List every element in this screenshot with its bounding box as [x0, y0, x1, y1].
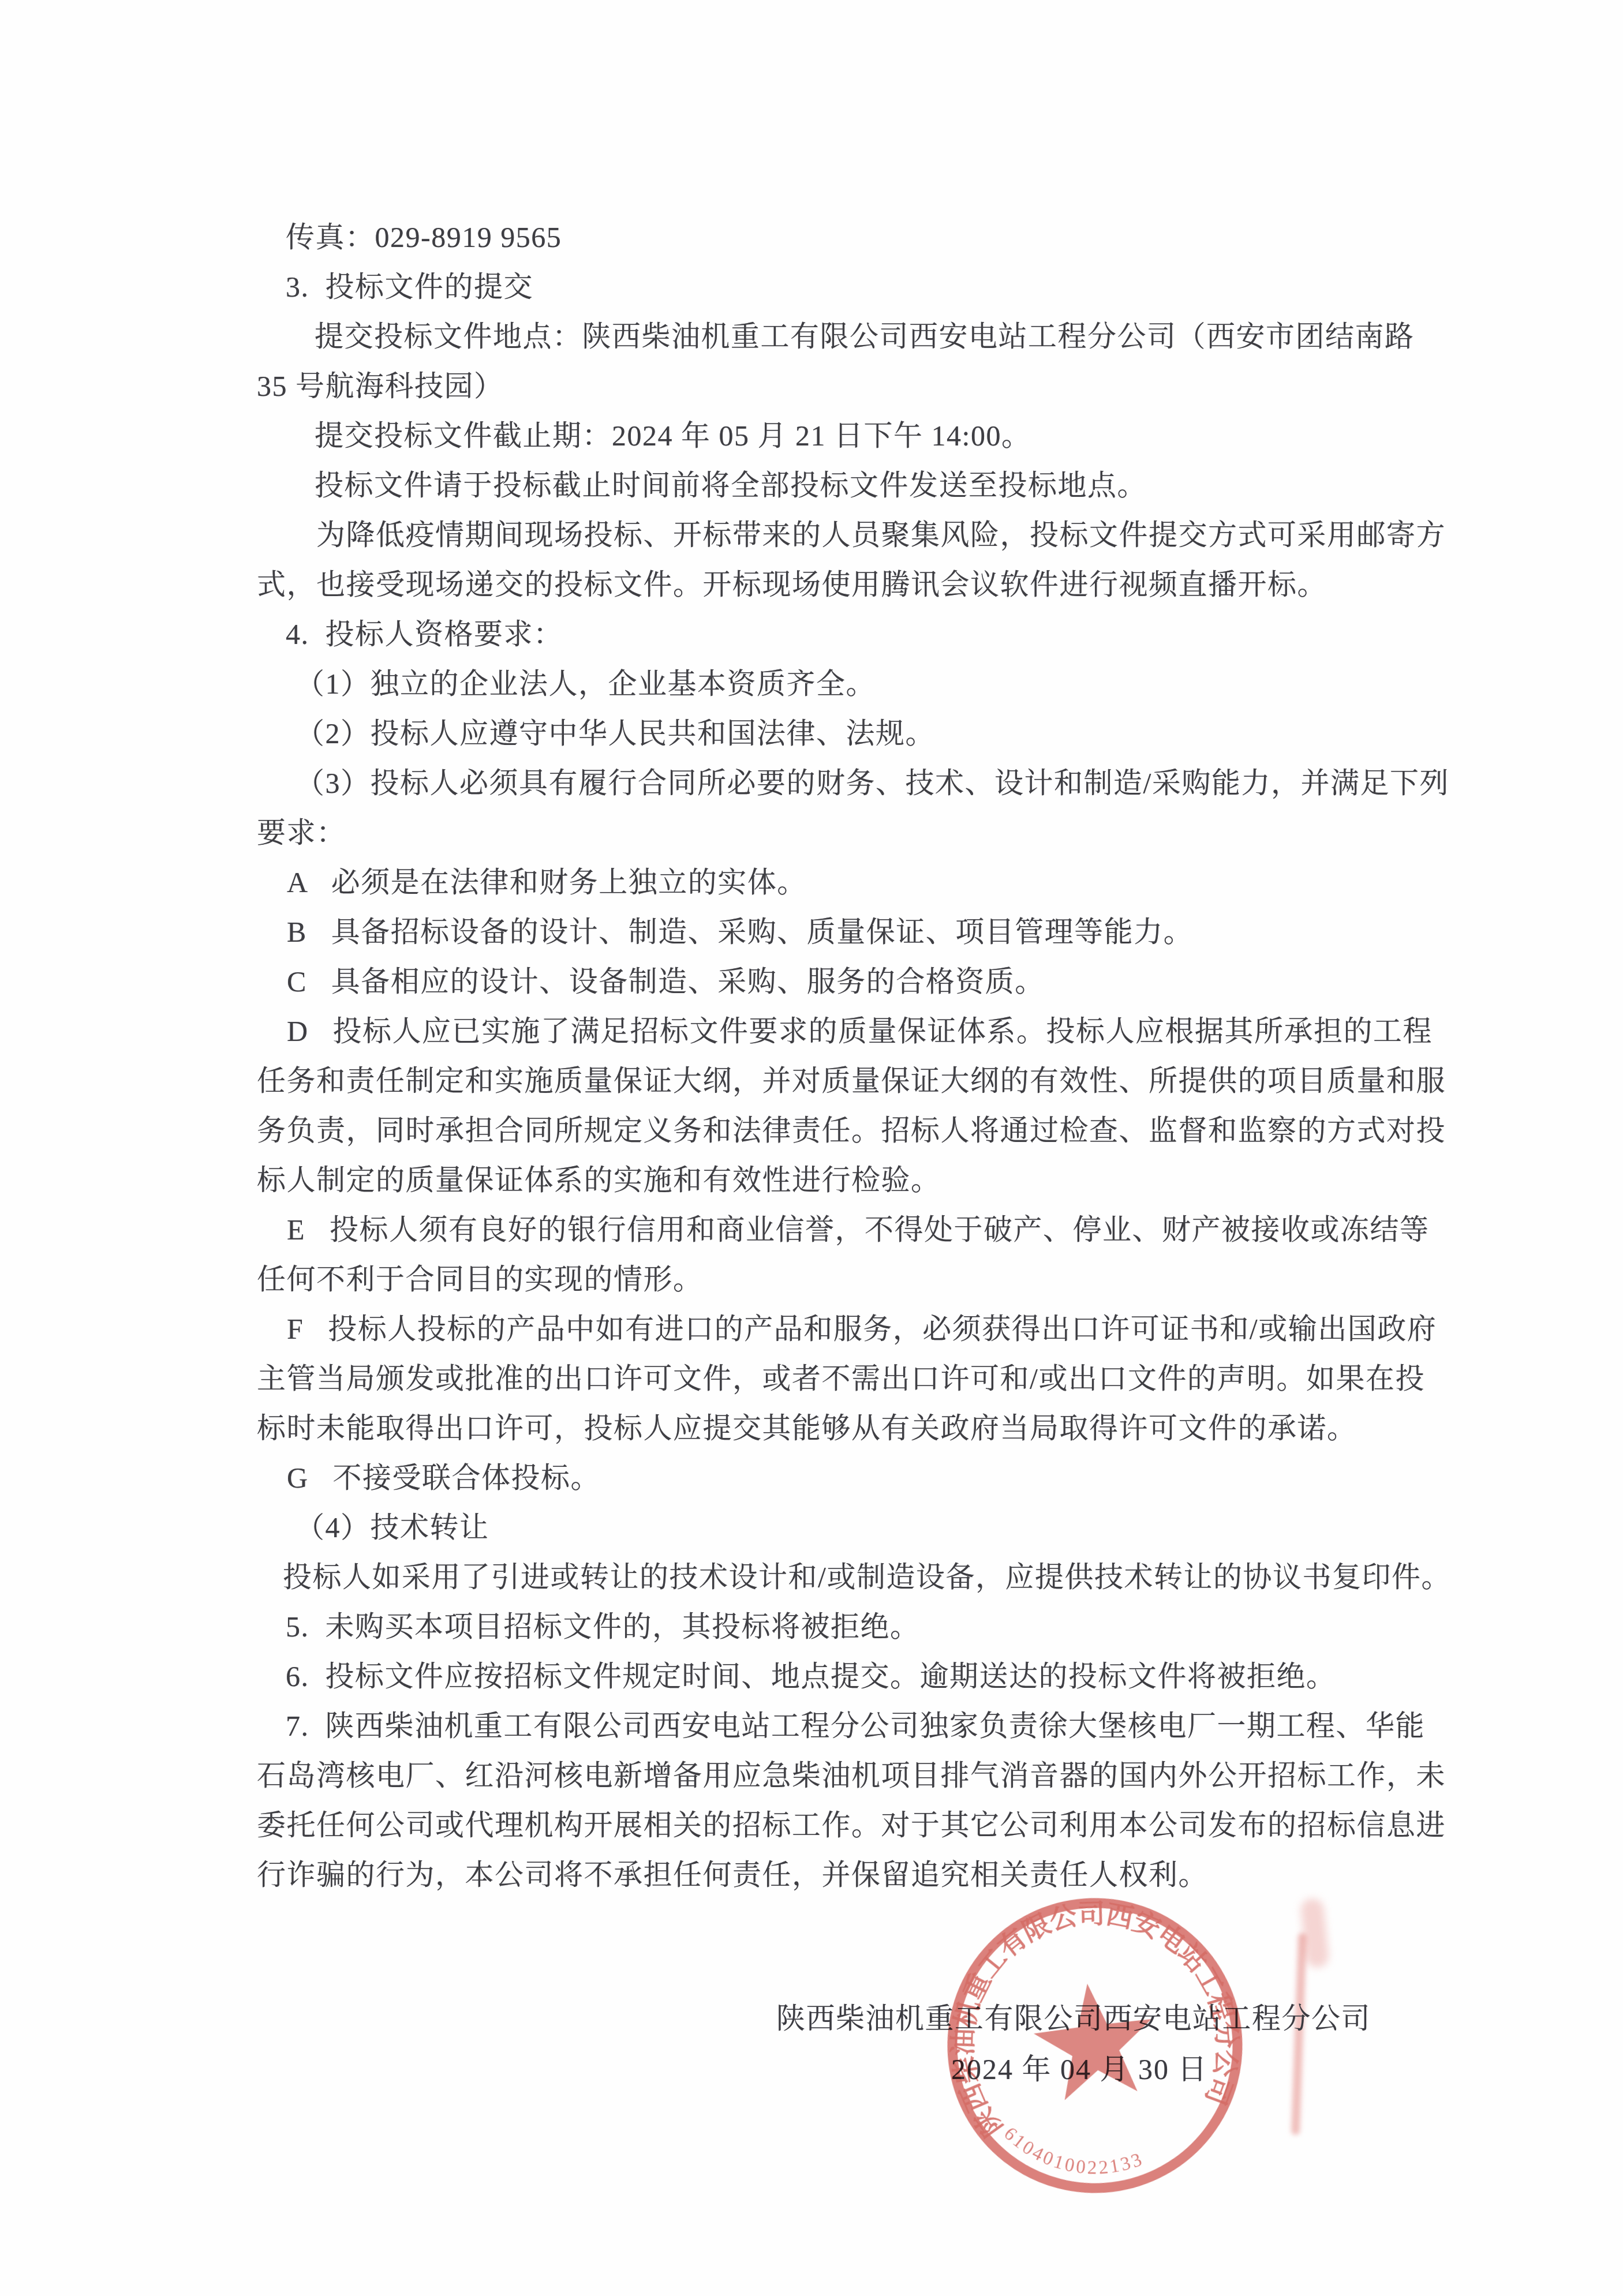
seal-serial-number: 6104010022133 [998, 2108, 1147, 2190]
text-line: C 具备相应的设计、设备制造、采购、服务的合格资质。 [287, 964, 1045, 999]
text-line: A 必须是在法律和财务上独立的实体。 [287, 864, 807, 900]
seal-star-icon [1029, 1976, 1160, 2103]
text-line: E 投标人须有良好的银行信用和商业信誉，不得处于破产、停业、财产被接收或冻结等 [287, 1212, 1430, 1248]
text-line: （2）投标人应遵守中华人民共和国法律、法规。 [296, 716, 935, 751]
text-line: 为降低疫情期间现场投标、开标带来的人员聚集风险，投标文件提交方式可采用邮寄方 [316, 517, 1446, 553]
text-line: 提交投标文件地点：陕西柴油机重工有限公司西安电站工程分公司（西安市团结南路 [315, 319, 1415, 354]
text-line: （1）独立的企业法人，企业基本资质齐全。 [296, 666, 876, 702]
text-line: 投标文件请于投标截止时间前将全部投标文件发送至投标地点。 [315, 467, 1147, 503]
text-line: B 具备招标设备的设计、制造、采购、质量保证、项目管理等能力。 [287, 914, 1193, 950]
text-line: 主管当局颁发或批准的出口许可文件，或者不需出口许可和/或出口文件的声明。如果在投 [257, 1361, 1425, 1396]
text-line: 任务和责任制定和实施质量保证大纲，并对质量保证大纲的有效性、所提供的项目质量和服 [257, 1063, 1446, 1099]
text-line: （4）技术转让 [296, 1510, 489, 1545]
text-line: 传真：029-8919 9565 [286, 219, 562, 255]
text-line: 标人制定的质量保证体系的实施和有效性进行检验。 [257, 1162, 941, 1198]
text-line: （3）投标人必须具有履行合同所必要的财务、技术、设计和制造/采购能力，并满足下列 [296, 765, 1449, 801]
company-seal-stamp: 陕西柴油机重工有限公司西安电站工程分公司 6104010022133 [908, 1859, 1281, 2232]
text-line: 5. 未购买本项目招标文件的，其投标将被拒绝。 [286, 1609, 920, 1645]
svg-text:6104010022133: 6104010022133 [998, 2108, 1147, 2190]
text-line: 委托任何公司或代理机构开展相关的招标工作。对于其它公司利用本公司发布的招标信息进 [257, 1807, 1446, 1843]
text-line: 7. 陕西柴油机重工有限公司西安电站工程分公司独家负责徐大堡核电厂一期工程、华能 [286, 1708, 1425, 1744]
document-page: 传真：029-8919 95653. 投标文件的提交提交投标文件地点：陕西柴油机… [0, 0, 1623, 2296]
text-line: 投标人如采用了引进或转让的技术设计和/或制造设备，应提供技术转让的协议书复印件。 [283, 1559, 1451, 1595]
text-line: 35 号航海科技园） [257, 368, 504, 404]
text-line: 要求： [257, 815, 346, 851]
text-line: 提交投标文件截止期：2024 年 05 月 21 日下午 14:00。 [315, 418, 1031, 454]
text-line: F 投标人投标的产品中如有进口的产品和服务，必须获得出口许可证书和/或输出国政府 [287, 1311, 1437, 1347]
text-line: 式，也接受现场递交的投标文件。开标现场使用腾讯会议软件进行视频直播开标。 [257, 567, 1327, 602]
text-line: 6. 投标文件应按招标文件规定时间、地点提交。逾期送达的投标文件将被拒绝。 [286, 1658, 1336, 1694]
text-line: G 不接受联合体投标。 [287, 1460, 600, 1496]
text-line: 4. 投标人资格要求： [286, 616, 563, 652]
text-line: 务负责，同时承担合同所规定义务和法律责任。招标人将通过检查、监督和监察的方式对投 [257, 1113, 1446, 1148]
text-line: 标时未能取得出口许可，投标人应提交其能够从有关政府当局取得许可文件的承诺。 [257, 1410, 1357, 1446]
text-line: 3. 投标文件的提交 [286, 269, 533, 305]
text-line: 石岛湾核电厂、红沿河核电新增备用应急柴油机项目排气消音器的国内外公开招标工作，未 [257, 1758, 1446, 1793]
text-line: D 投标人应已实施了满足招标文件要求的质量保证体系。投标人应根据其所承担的工程 [287, 1013, 1433, 1049]
text-line: 任何不利于合同目的实现的情形。 [257, 1261, 703, 1297]
